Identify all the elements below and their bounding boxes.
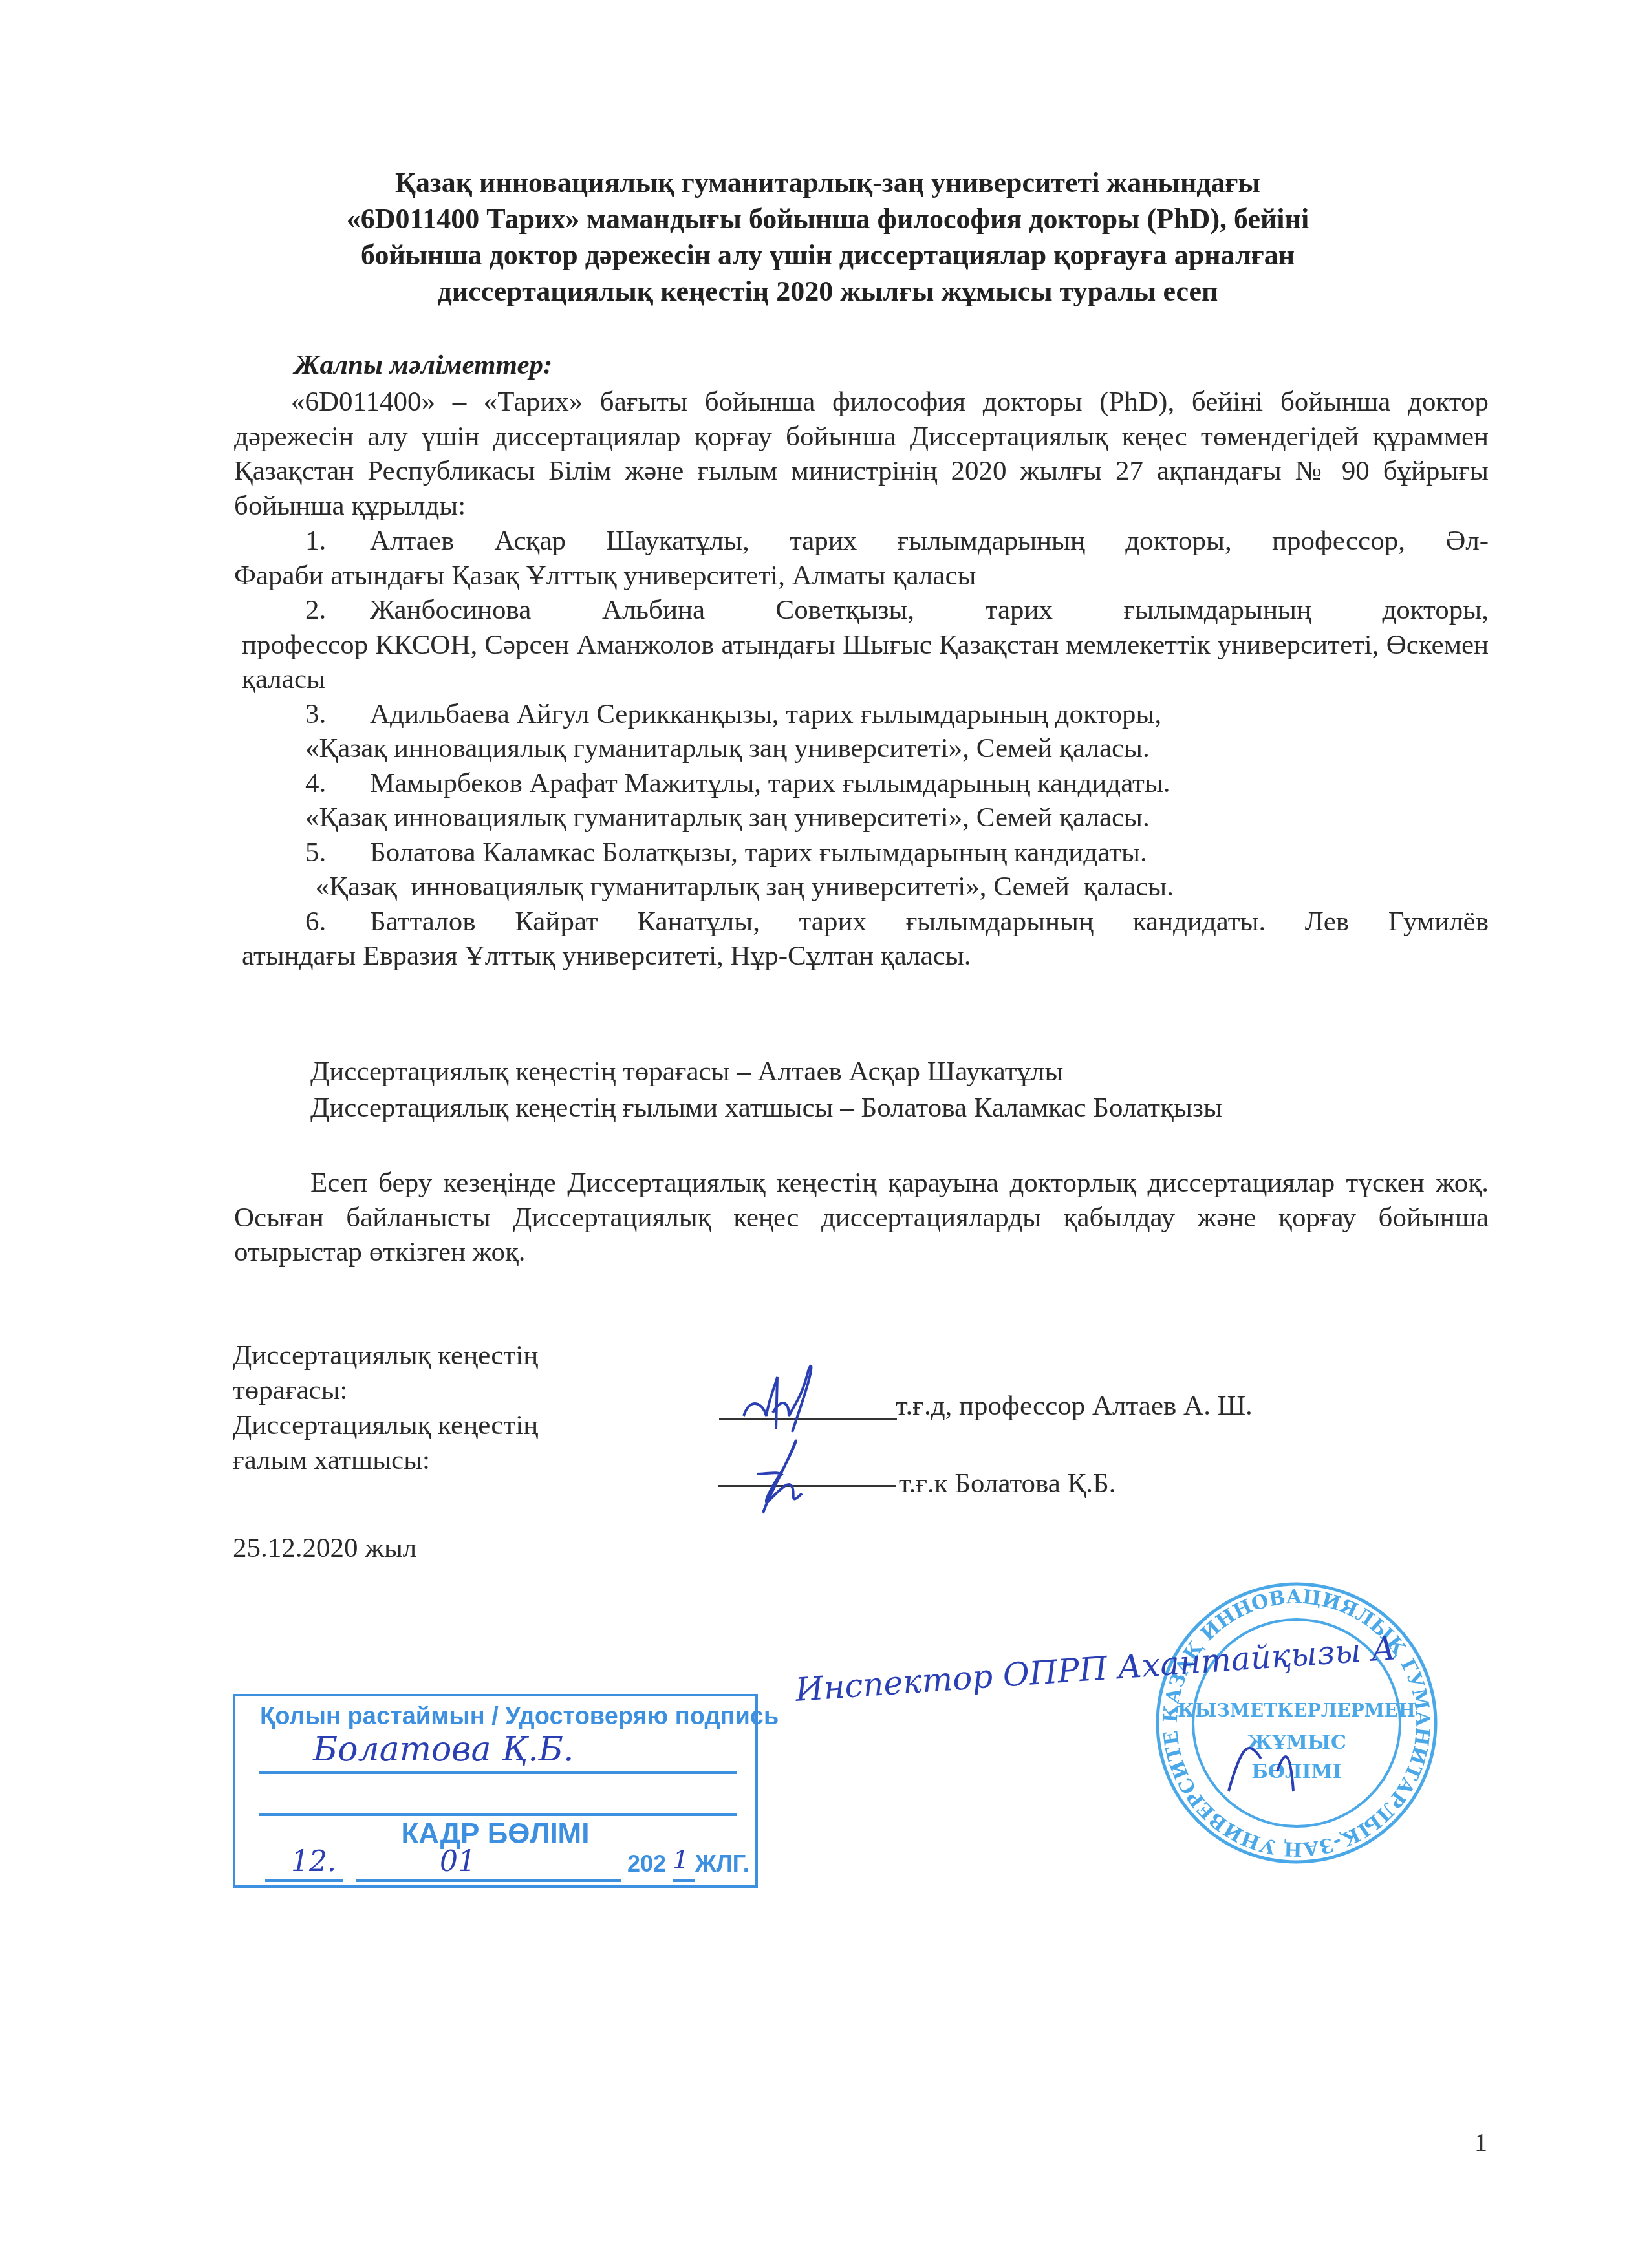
- member-item: 6.Батталов Кайрат Канатұлы, тарих ғылымд…: [234, 904, 1489, 974]
- stamp-month: 01: [440, 1845, 476, 1878]
- member-item: 4.Мамырбеков Арафат Мажитұлы, тарих ғылы…: [234, 766, 1489, 835]
- stamp-day: 12.: [291, 1845, 336, 1878]
- stamp-line: [259, 1813, 737, 1816]
- member-text: Жанбосинова Альбина Советқызы, тарих ғыл…: [370, 595, 1489, 625]
- member-number: 5.: [305, 835, 370, 870]
- secretary-label: ғалым хатшысы:: [233, 1443, 538, 1478]
- member-text-cont: атындағы Евразия Ұлттық университеті, Нұ…: [234, 939, 1489, 974]
- stamp-handwritten-name: Болатова Қ.Б.: [313, 1730, 574, 1769]
- council-members-list: 1.Алтаев Асқар Шаукатұлы, тарих ғылымдар…: [234, 524, 1489, 974]
- intro-paragraph: «6D011400» – «Тарих» бағыты бойынша фило…: [234, 385, 1489, 523]
- document-page: Қазақ инновациялық гуманитарлық-заң унив…: [0, 0, 1649, 2268]
- member-text: Батталов Кайрат Канатұлы, тарих ғылымдар…: [370, 906, 1489, 937]
- chair-signature-icon: [737, 1358, 834, 1435]
- member-number: 6.: [305, 904, 370, 939]
- member-text-cont: профессор ККСОН, Сәрсен Аманжолов атында…: [234, 628, 1489, 697]
- member-text-cont: «Қазақ инновациялық гуманитарлық заң уни…: [234, 731, 1489, 766]
- member-text-cont: Фараби атындағы Қазақ Ұлттық университет…: [234, 559, 1489, 594]
- seal-inner-line: ЖҰМЫС: [1247, 1731, 1346, 1754]
- stamp-line: [259, 1771, 737, 1774]
- conclusion-paragraph: Есеп беру кезеңінде Диссертациялық кеңес…: [234, 1166, 1489, 1270]
- secretary-role: Диссертациялық кеңестің ғылыми хатшысы –…: [310, 1090, 1222, 1126]
- member-item: 3.Адильбаева Айгул Серикканқызы, тарих ғ…: [234, 697, 1489, 766]
- document-title: Қазақ инновациялық гуманитарлық-заң унив…: [246, 165, 1410, 310]
- seal-inner-line: ҚЫЗМЕТКЕРЛЕРМЕН: [1178, 1700, 1415, 1721]
- member-text-cont: «Қазақ инновациялық гуманитарлық заң уни…: [234, 870, 1489, 904]
- secretary-signature-icon: [744, 1435, 828, 1519]
- section-heading: Жалпы мәліметтер:: [294, 349, 552, 381]
- stamp-date: 12. 01 202 1 ЖЛГ.: [259, 1845, 744, 1884]
- certification-stamp: Қолын растаймын / Удостоверяю подпись Бо…: [233, 1694, 758, 1888]
- stamp-year-prefix: 202: [627, 1850, 666, 1878]
- secretary-name: т.ғ.к Болатова Қ.Б.: [899, 1468, 1116, 1499]
- signature-labels: Диссертациялық кеңестің төрағасы: Диссер…: [233, 1338, 538, 1478]
- member-item: 5.Болатова Каламкас Болатқызы, тарих ғыл…: [234, 835, 1489, 904]
- title-line: бойынша доктор дәрежесін алу үшін диссер…: [246, 237, 1410, 273]
- chair-name: т.ғ.д, профессор Алтаев А. Ш.: [896, 1390, 1253, 1422]
- chair-label: төрағасы:: [233, 1373, 538, 1408]
- stamp-underline: [265, 1879, 343, 1882]
- member-text: Мамырбеков Арафат Мажитұлы, тарих ғылымд…: [370, 768, 1170, 798]
- title-line: «6D011400 Тарих» мамандығы бойынша филос…: [246, 201, 1410, 237]
- title-line: Қазақ инновациялық гуманитарлық-заң унив…: [246, 165, 1410, 201]
- member-text: Адильбаева Айгул Серикканқызы, тарих ғыл…: [370, 699, 1161, 729]
- round-seal-icon: ҚАЗАҚ ИННОВАЦИЯЛЫҚ ГУМАНИТАРЛЫҚ-ЗАҢ УНИВ…: [1151, 1578, 1442, 1868]
- member-number: 4.: [305, 766, 370, 801]
- stamp-underline: [356, 1879, 621, 1882]
- seal-inner-line: БӨЛІМІ: [1251, 1760, 1342, 1783]
- stamp-year-suffix: ЖЛГ.: [695, 1850, 749, 1878]
- member-text: Алтаев Асқар Шаукатұлы, тарих ғылымдарын…: [370, 526, 1489, 556]
- document-date: 25.12.2020 жыл: [233, 1532, 416, 1564]
- secretary-label: Диссертациялық кеңестің: [233, 1408, 538, 1443]
- member-number: 2.: [305, 593, 370, 628]
- chair-role: Диссертациялық кеңестің төрағасы – Алтае…: [310, 1054, 1222, 1090]
- member-item: 2.Жанбосинова Альбина Советқызы, тарих ғ…: [234, 593, 1489, 697]
- stamp-underline: [673, 1879, 695, 1882]
- council-roles: Диссертациялық кеңестің төрағасы – Алтае…: [310, 1054, 1222, 1126]
- title-line: диссертациялық кеңестің 2020 жылғы жұмыс…: [246, 273, 1410, 310]
- member-text: Болатова Каламкас Болатқызы, тарих ғылым…: [370, 837, 1147, 868]
- member-number: 1.: [305, 524, 370, 559]
- page-number: 1: [1474, 2127, 1487, 2157]
- chair-label: Диссертациялық кеңестің: [233, 1338, 538, 1373]
- member-number: 3.: [305, 697, 370, 732]
- stamp-year-digit: 1: [673, 1845, 689, 1875]
- stamp-header: Қолын растаймын / Удостоверяю подпись: [260, 1703, 779, 1731]
- member-text-cont: «Қазақ инновациялық гуманитарлық заң уни…: [234, 800, 1489, 835]
- member-item: 1.Алтаев Асқар Шаукатұлы, тарих ғылымдар…: [234, 524, 1489, 593]
